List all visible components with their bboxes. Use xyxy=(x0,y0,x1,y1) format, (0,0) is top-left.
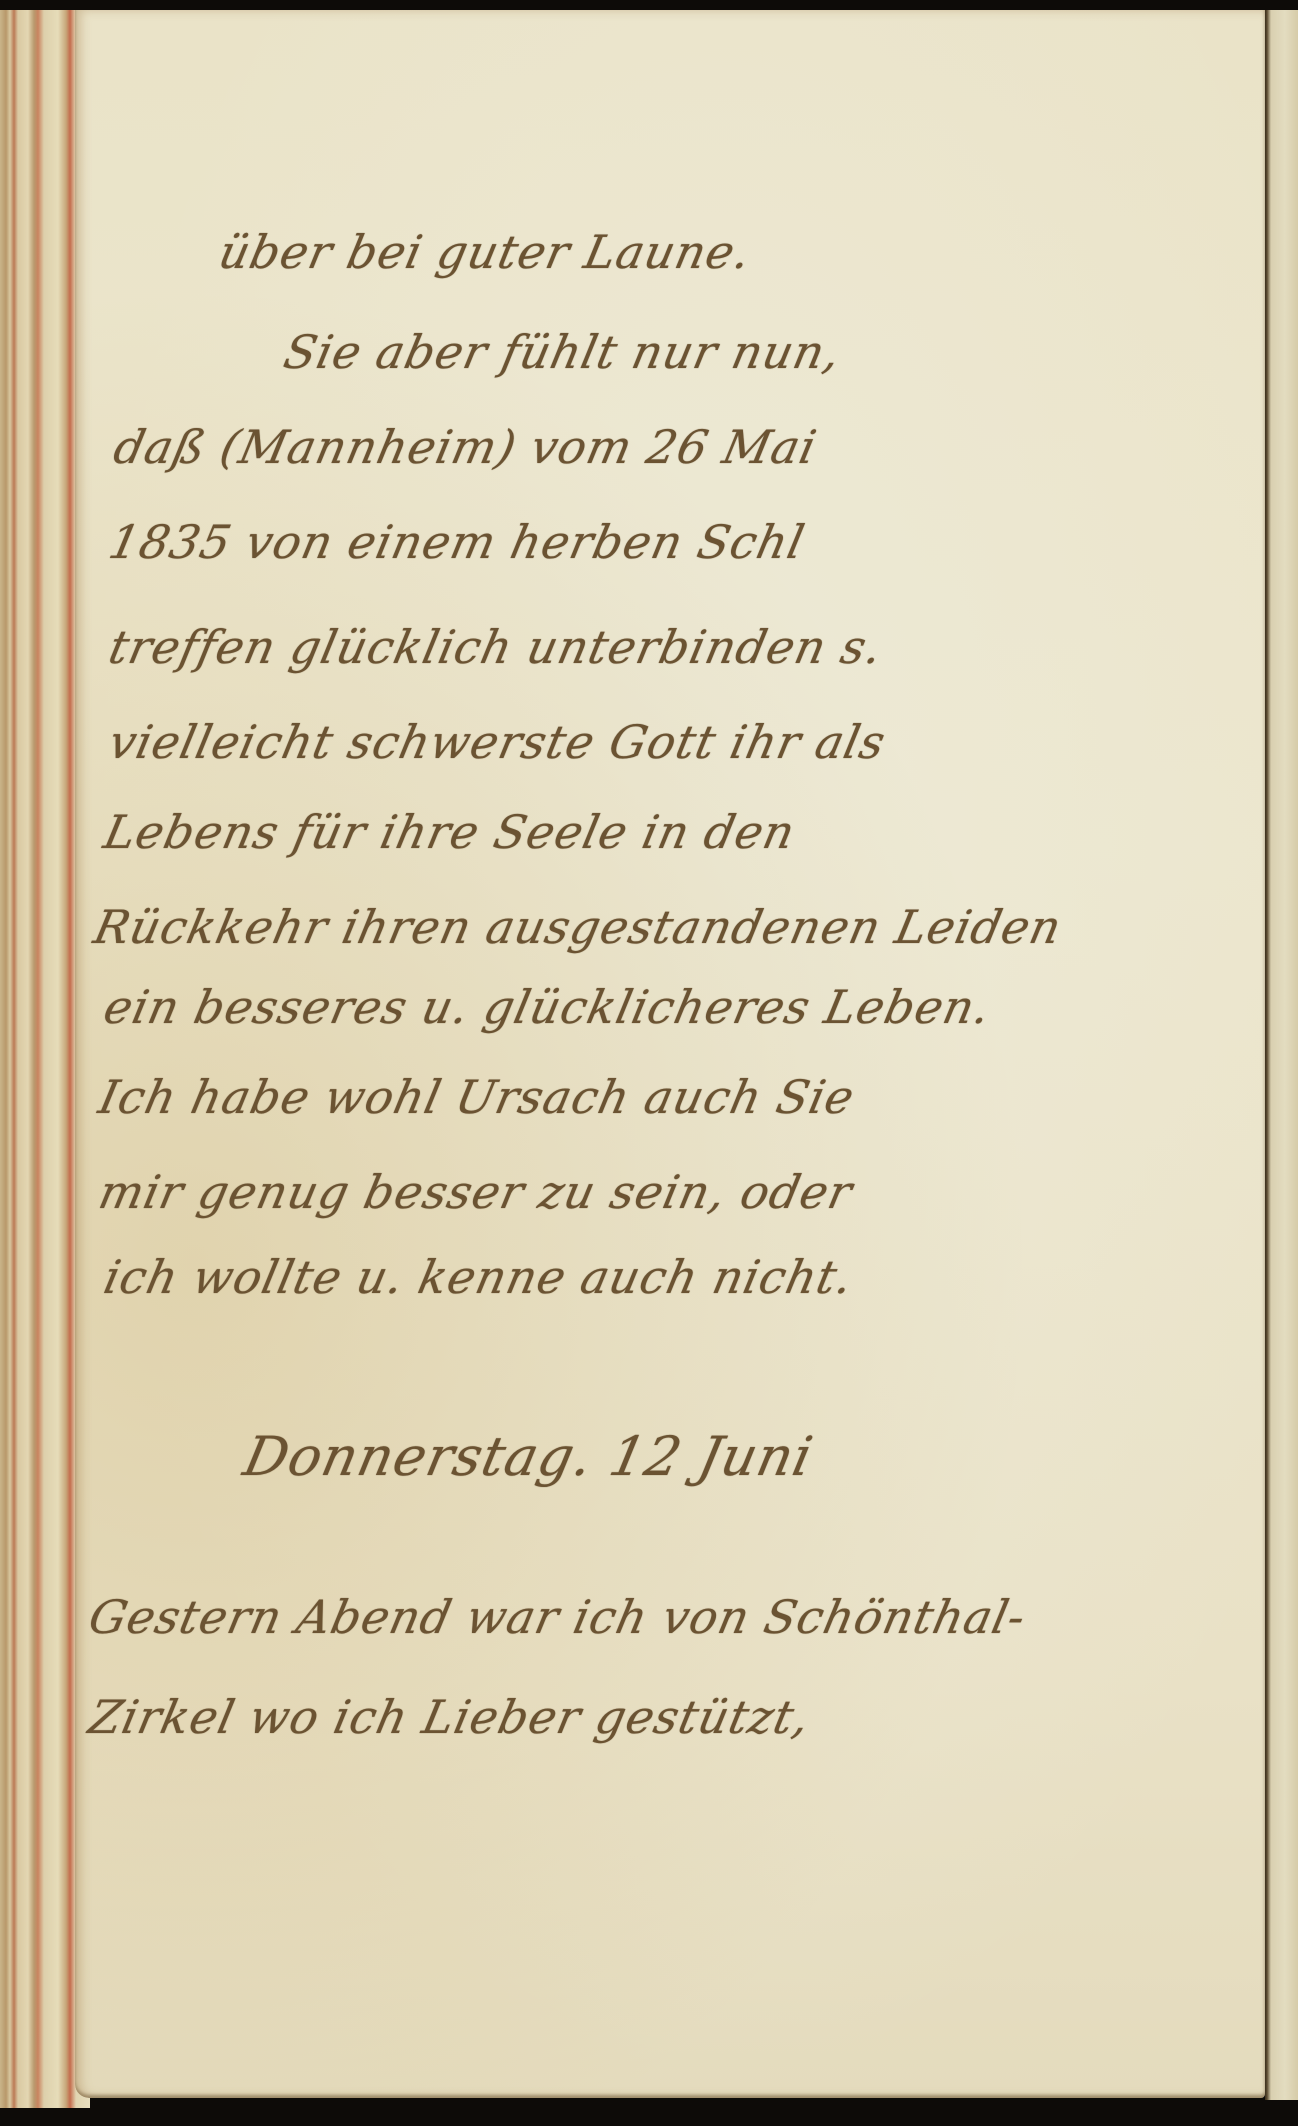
book-scan: über bei guter Laune. Sie aber fühlt nur… xyxy=(0,10,1298,2108)
entry-heading: Donnerstag. 12 Juni xyxy=(238,1425,818,1488)
text-line: Rückkehr ihren ausgestandenen Leiden xyxy=(89,900,1067,954)
text-line: ich wollte u. kenne auch nicht. xyxy=(99,1250,858,1304)
text-line: Gestern Abend war ich von Schönthal- xyxy=(84,1590,1031,1644)
text-line: Sie aber fühlt nur nun, xyxy=(279,325,846,379)
text-line: vielleicht schwerste Gott ihr als xyxy=(104,715,891,769)
text-line: mir genug besser zu sein, oder xyxy=(94,1165,857,1219)
text-line: Lebens für ihre Seele in den xyxy=(99,805,800,859)
text-line: über bei guter Laune. xyxy=(214,225,756,279)
text-line: Zirkel wo ich Lieber gestützt, xyxy=(84,1690,815,1744)
text-line: ein besseres u. glücklicheres Leben. xyxy=(99,980,996,1034)
text-line: daß (Mannheim) vom 26 Mai xyxy=(109,420,821,474)
binding-gutter xyxy=(1265,10,1298,2100)
text-line: treffen glücklich unterbinden s. xyxy=(104,620,887,674)
manuscript-page: über bei guter Laune. Sie aber fühlt nur… xyxy=(75,10,1265,2098)
text-line: Ich habe wohl Ursach auch Sie xyxy=(94,1070,859,1124)
text-line: 1835 von einem herben Schl xyxy=(104,515,809,569)
